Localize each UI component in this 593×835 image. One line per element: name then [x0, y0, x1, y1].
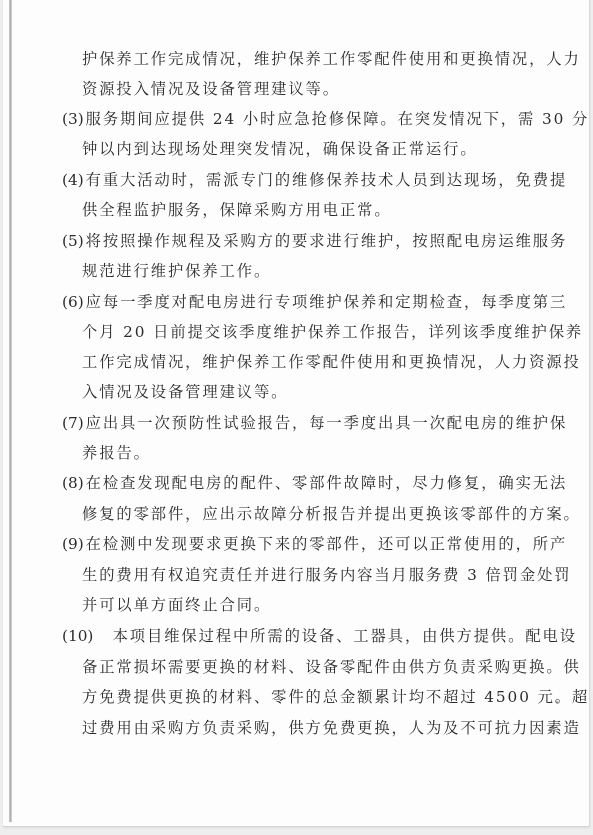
- line-text: 修复的零部件，应出示故障分析报告并提出更换该零部件的方案。: [82, 505, 581, 523]
- line-text: 工作完成情况，维护保养工作零配件使用和更换情况，人力资源投: [82, 353, 581, 371]
- line-text: 备正常损坏需要更换的材料、设备零配件由供方负责采购更换。供: [82, 658, 581, 676]
- text-line: 方免费提供更换的材料、零件的总金额累计均不超过 4500 元。超: [82, 687, 589, 707]
- line-text: 资源投入情况及设备管理建议等。: [82, 80, 340, 98]
- line-text: 供全程监护服务，保障采购方用电正常。: [82, 201, 392, 219]
- line-text: 生的费用有权追究责任并进行服务内容当月服务费 3 倍罚金处罚: [82, 566, 571, 584]
- list-number: (6): [62, 293, 84, 311]
- text-line: 资源投入情况及设备管理建议等。: [82, 79, 340, 99]
- text-line: 养报告。: [82, 443, 151, 463]
- text-line: 供全程监护服务，保障采购方用电正常。: [82, 200, 392, 220]
- text-line: 过费用由采购方负责采购，供方免费更换，人为及不可抗力因素造: [82, 718, 581, 738]
- line-text: 将按照操作规程及采购方的要求进行维护，按照配电房运维服务: [86, 232, 568, 250]
- list-number: (9): [62, 535, 84, 553]
- list-number: (8): [62, 474, 84, 492]
- list-item-start: (10) 本项目维保过程中所需的设备、工器具，由供方提供。配电设: [62, 626, 577, 646]
- line-text: 入情况及设备管理建议等。: [82, 383, 288, 401]
- line-text: 钟以内到达现场处理突发情况，确保设备正常运行。: [82, 140, 478, 158]
- line-text: 过费用由采购方负责采购，供方免费更换，人为及不可抗力因素造: [82, 719, 581, 737]
- line-text: 有重大活动时，需派专门的维修保养技术人员到达现场，免费提: [86, 171, 568, 189]
- text-line: 并可以单方面终止合同。: [82, 595, 271, 615]
- scan-speck: [556, 701, 558, 703]
- text-line: 修复的零部件，应出示故障分析报告并提出更换该零部件的方案。: [82, 504, 581, 524]
- line-text: 应每一季度对配电房进行专项维护保养和定期检查，每季度第三: [86, 293, 568, 311]
- line-text: 规范进行维护保养工作。: [82, 262, 271, 280]
- list-item-start: (4)有重大活动时，需派专门的维修保养技术人员到达现场，免费提: [62, 170, 567, 190]
- text-line: 备正常损坏需要更换的材料、设备零配件由供方负责采购更换。供: [82, 657, 581, 677]
- scan-edge: [9, 0, 12, 822]
- line-text: 方免费提供更换的材料、零件的总金额累计均不超过 4500 元。超: [82, 688, 589, 706]
- text-line: 规范进行维护保养工作。: [82, 261, 271, 281]
- list-item-start: (8)在检查发现配电房的配件、零部件故障时，尽力修复，确实无法: [62, 473, 567, 493]
- list-item-start: (9)在检测中发现要求更换下来的零部件，还可以正常使用的，所产: [62, 534, 567, 554]
- document-page: 护保养工作完成情况，维护保养工作零配件使用和更换情况，人力资源投入情况及设备管理…: [3, 0, 590, 827]
- text-line: 工作完成情况，维护保养工作零配件使用和更换情况，人力资源投: [82, 352, 581, 372]
- line-text: 在检测中发现要求更换下来的零部件，还可以正常使用的，所产: [86, 535, 568, 553]
- line-text: 服务期间应提供 24 小时应急抢修保障。在突发情况下，需 30 分: [86, 110, 590, 128]
- list-number: (5): [62, 232, 84, 250]
- list-number: (7): [62, 414, 84, 432]
- text-line: 个月 20 日前提交该季度维护保养工作报告，详列该季度维护保养: [82, 322, 583, 342]
- list-number: (10): [62, 627, 93, 645]
- line-text: 个月 20 日前提交该季度维护保养工作报告，详列该季度维护保养: [82, 323, 583, 341]
- list-item-start: (6)应每一季度对配电房进行专项维护保养和定期检查，每季度第三: [62, 292, 567, 312]
- list-item-start: (7)应出具一次预防性试验报告，每一季度出具一次配电房的维护保: [62, 413, 567, 433]
- list-item-start: (3)服务期间应提供 24 小时应急抢修保障。在突发情况下，需 30 分: [62, 109, 589, 129]
- line-text: 养报告。: [82, 444, 151, 462]
- text-line: 生的费用有权追究责任并进行服务内容当月服务费 3 倍罚金处罚: [82, 565, 571, 585]
- text-line: 护保养工作完成情况，维护保养工作零配件使用和更换情况，人力: [82, 49, 581, 69]
- line-text: 护保养工作完成情况，维护保养工作零配件使用和更换情况，人力: [82, 50, 581, 68]
- list-number: (4): [62, 171, 84, 189]
- line-text: 本项目维保过程中所需的设备、工器具，由供方提供。配电设: [95, 627, 577, 645]
- line-text: 应出具一次预防性试验报告，每一季度出具一次配电房的维护保: [86, 414, 568, 432]
- line-text: 在检查发现配电房的配件、零部件故障时，尽力修复，确实无法: [86, 474, 568, 492]
- text-line: 钟以内到达现场处理突发情况，确保设备正常运行。: [82, 139, 478, 159]
- text-line: 入情况及设备管理建议等。: [82, 382, 288, 402]
- list-number: (3): [62, 110, 84, 128]
- line-text: 并可以单方面终止合同。: [82, 596, 271, 614]
- list-item-start: (5)将按照操作规程及采购方的要求进行维护，按照配电房运维服务: [62, 231, 567, 251]
